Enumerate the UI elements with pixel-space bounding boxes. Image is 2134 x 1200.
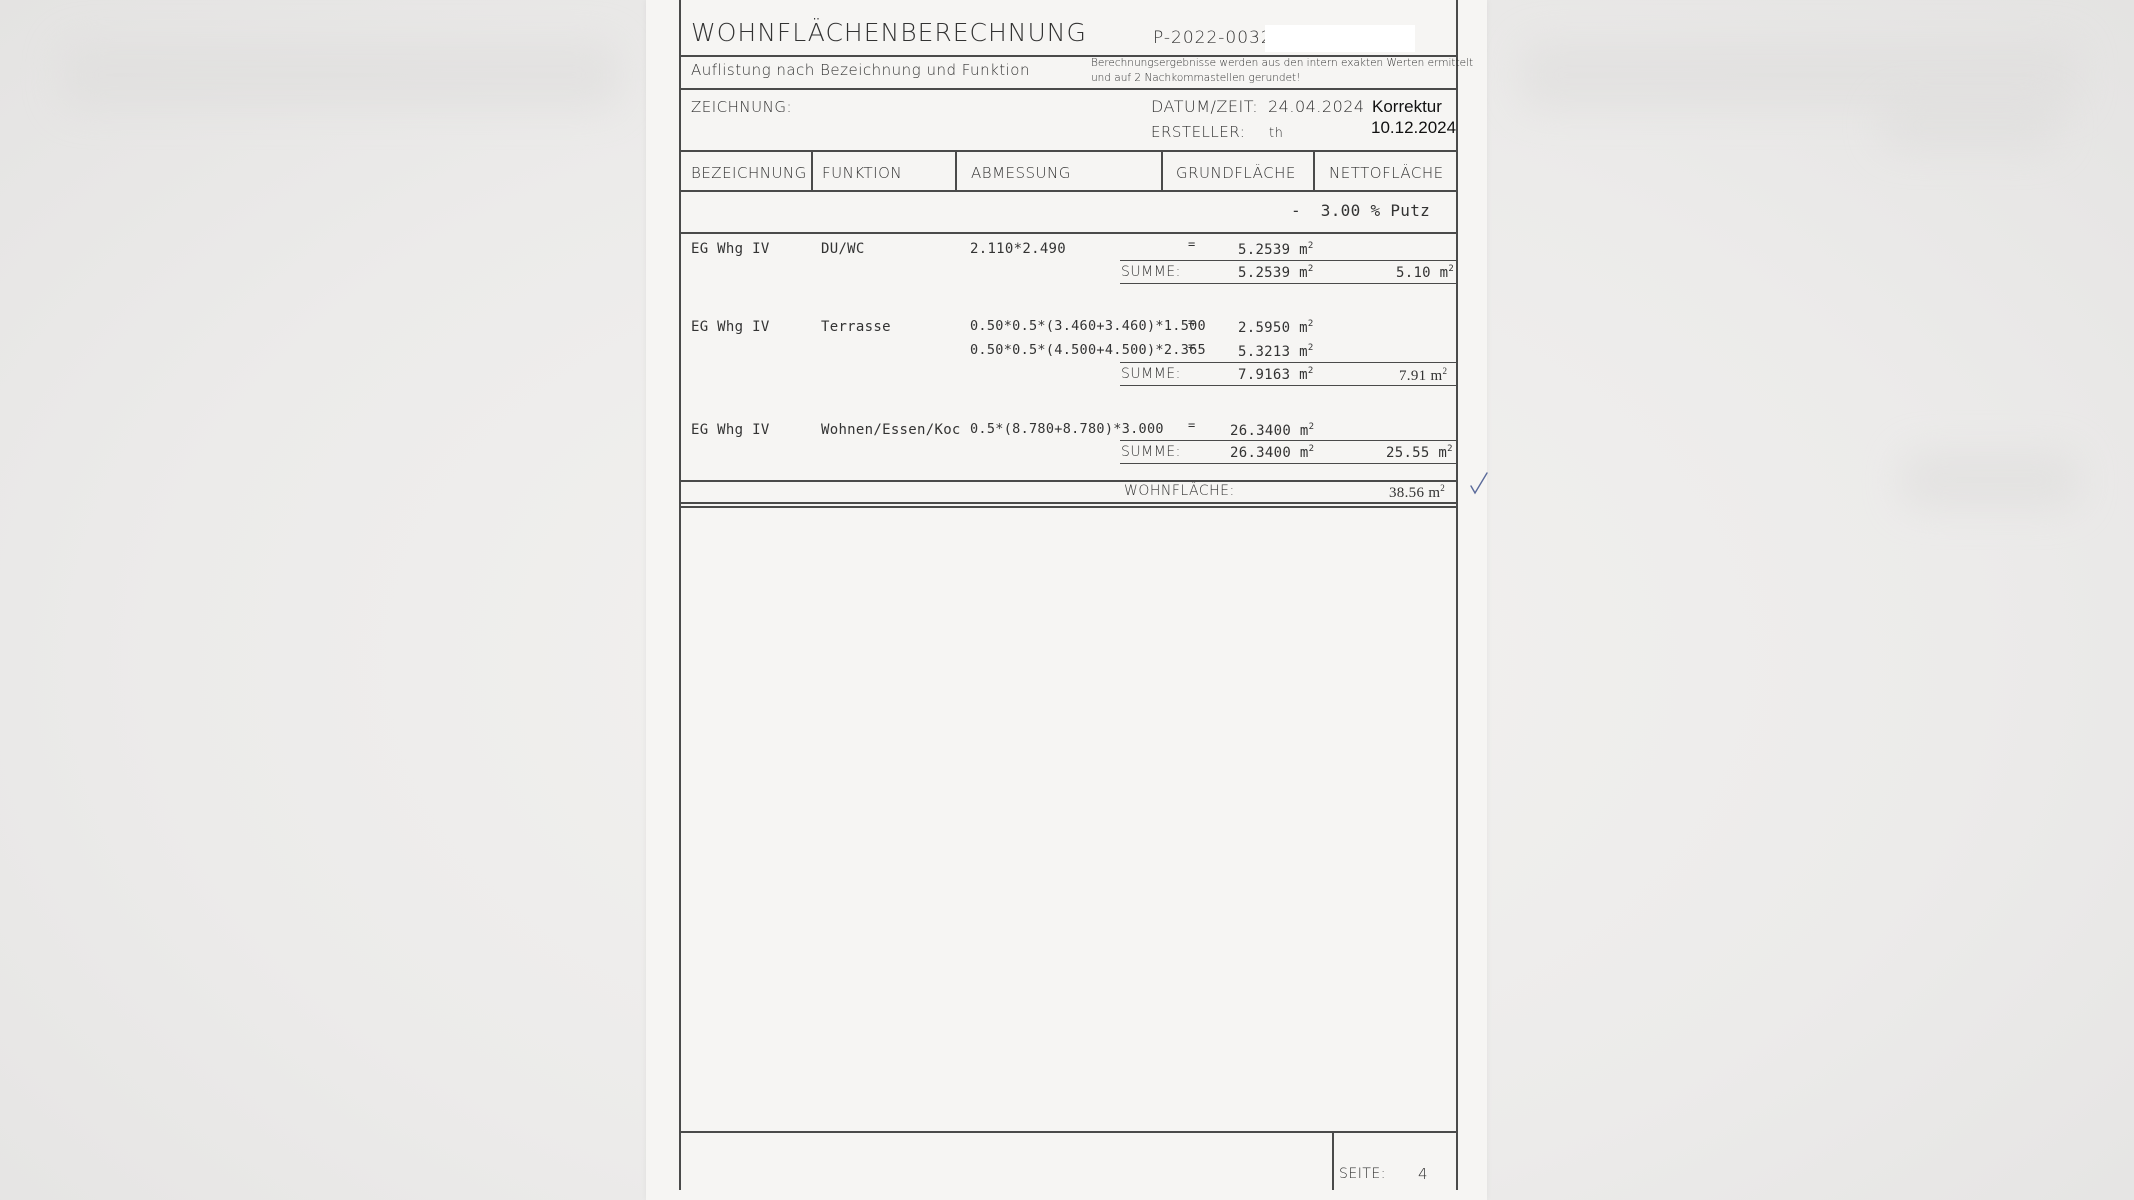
dimension: 0.50*0.5*(3.460+3.460)*1.500 — [970, 320, 1206, 334]
date-label: DATUM/ZEIT: — [1151, 99, 1258, 115]
sum-line — [1120, 440, 1457, 441]
background-blur — [1900, 450, 2080, 510]
sum-label: SUMME: — [1121, 445, 1181, 459]
designation: EG Whg IV — [691, 320, 770, 334]
document-page: WOHNFLÄCHENBERECHNUNG P-2022-0032 Auflis… — [646, 0, 1487, 1200]
correction-date: 10.12.2024 — [1371, 119, 1456, 136]
equals: = — [1188, 316, 1196, 328]
column-divider — [811, 150, 813, 190]
function: Wohnen/Essen/Koc — [821, 423, 961, 437]
divider — [679, 190, 1457, 192]
background-blur — [1880, 100, 2060, 150]
document-title: WOHNFLÄCHENBERECHNUNG — [691, 20, 1087, 45]
designation: EG Whg IV — [691, 242, 770, 256]
total-label: WOHNFLÄCHE: — [1124, 484, 1235, 498]
date-value: 24.04.2024 — [1268, 99, 1365, 115]
equals: = — [1188, 419, 1196, 431]
column-divider — [1313, 150, 1315, 190]
dimension: 0.50*0.5*(4.500+4.500)*2.365 — [970, 344, 1206, 358]
border-right — [1456, 0, 1458, 1190]
designation: EG Whg IV — [691, 423, 770, 437]
column-header-net-area: NETTOFLÄCHE — [1329, 166, 1444, 181]
sum-line — [1120, 385, 1457, 386]
column-divider — [1161, 150, 1163, 190]
divider — [679, 232, 1457, 234]
sum-line — [1120, 362, 1457, 363]
sum-label: SUMME: — [1121, 367, 1181, 381]
rounding-note-1: Berechnungsergebnisse werden aus den int… — [1091, 58, 1473, 69]
sum-gross: 26.3400 m2 — [1230, 445, 1314, 460]
gross-area: 26.3400 m2 — [1230, 423, 1314, 438]
total-value: 38.56 m2 — [1389, 484, 1445, 501]
equals: = — [1188, 238, 1196, 250]
dimension: 2.110*2.490 — [970, 242, 1066, 256]
divider — [679, 506, 1457, 508]
function: DU/WC — [821, 242, 865, 256]
sum-line — [1120, 260, 1457, 261]
column-header-gross-area: GRUNDFLÄCHE — [1176, 166, 1296, 181]
sum-net: 25.55 m2 — [1386, 445, 1453, 460]
divider — [679, 150, 1457, 152]
rounding-note-2: und auf 2 Nachkommastellen gerundet! — [1091, 73, 1300, 84]
sum-gross: 5.2539 m2 — [1238, 265, 1314, 280]
project-number: P-2022-0032 — [1153, 30, 1273, 47]
gross-area: 5.2539 m2 — [1238, 242, 1314, 257]
sum-label: SUMME: — [1121, 265, 1181, 279]
sum-net: 5.10 m2 — [1396, 265, 1454, 280]
sum-gross: 7.9163 m2 — [1238, 367, 1314, 382]
sum-line — [1120, 283, 1457, 284]
border-left — [679, 0, 681, 1190]
gross-area: 2.5950 m2 — [1238, 320, 1314, 335]
subtitle: Auflistung nach Bezeichnung und Funktion — [691, 63, 1030, 78]
plaster-deduction: - 3.00 % Putz — [1291, 203, 1430, 219]
gross-area: 5.3213 m2 — [1238, 344, 1314, 359]
sum-net: 7.91 m2 — [1399, 367, 1447, 384]
page-label: SEITE: — [1339, 1167, 1386, 1181]
redaction-box — [1265, 25, 1415, 52]
creator-label: ERSTELLER: — [1151, 125, 1245, 140]
column-header-function: FUNKTION — [822, 166, 902, 181]
checkmark-icon — [1468, 470, 1490, 496]
divider — [679, 480, 1457, 482]
function: Terrasse — [821, 320, 891, 334]
creator-value: th — [1269, 127, 1283, 140]
equals: = — [1188, 340, 1196, 352]
column-header-designation: BEZEICHNUNG — [691, 166, 807, 181]
divider — [679, 88, 1457, 90]
correction-label: Korrektur — [1372, 98, 1442, 115]
drawing-label: ZEICHNUNG: — [691, 100, 792, 115]
footer-column-divider — [1332, 1131, 1334, 1190]
divider — [679, 502, 1457, 504]
dimension: 0.5*(8.780+8.780)*3.000 — [970, 423, 1164, 437]
sum-line — [1120, 463, 1457, 464]
background-blur — [60, 40, 620, 110]
page-number: 4 — [1418, 1167, 1428, 1182]
column-header-dimension: ABMESSUNG — [971, 166, 1071, 181]
column-divider — [955, 150, 957, 190]
footer-divider — [679, 1131, 1457, 1133]
